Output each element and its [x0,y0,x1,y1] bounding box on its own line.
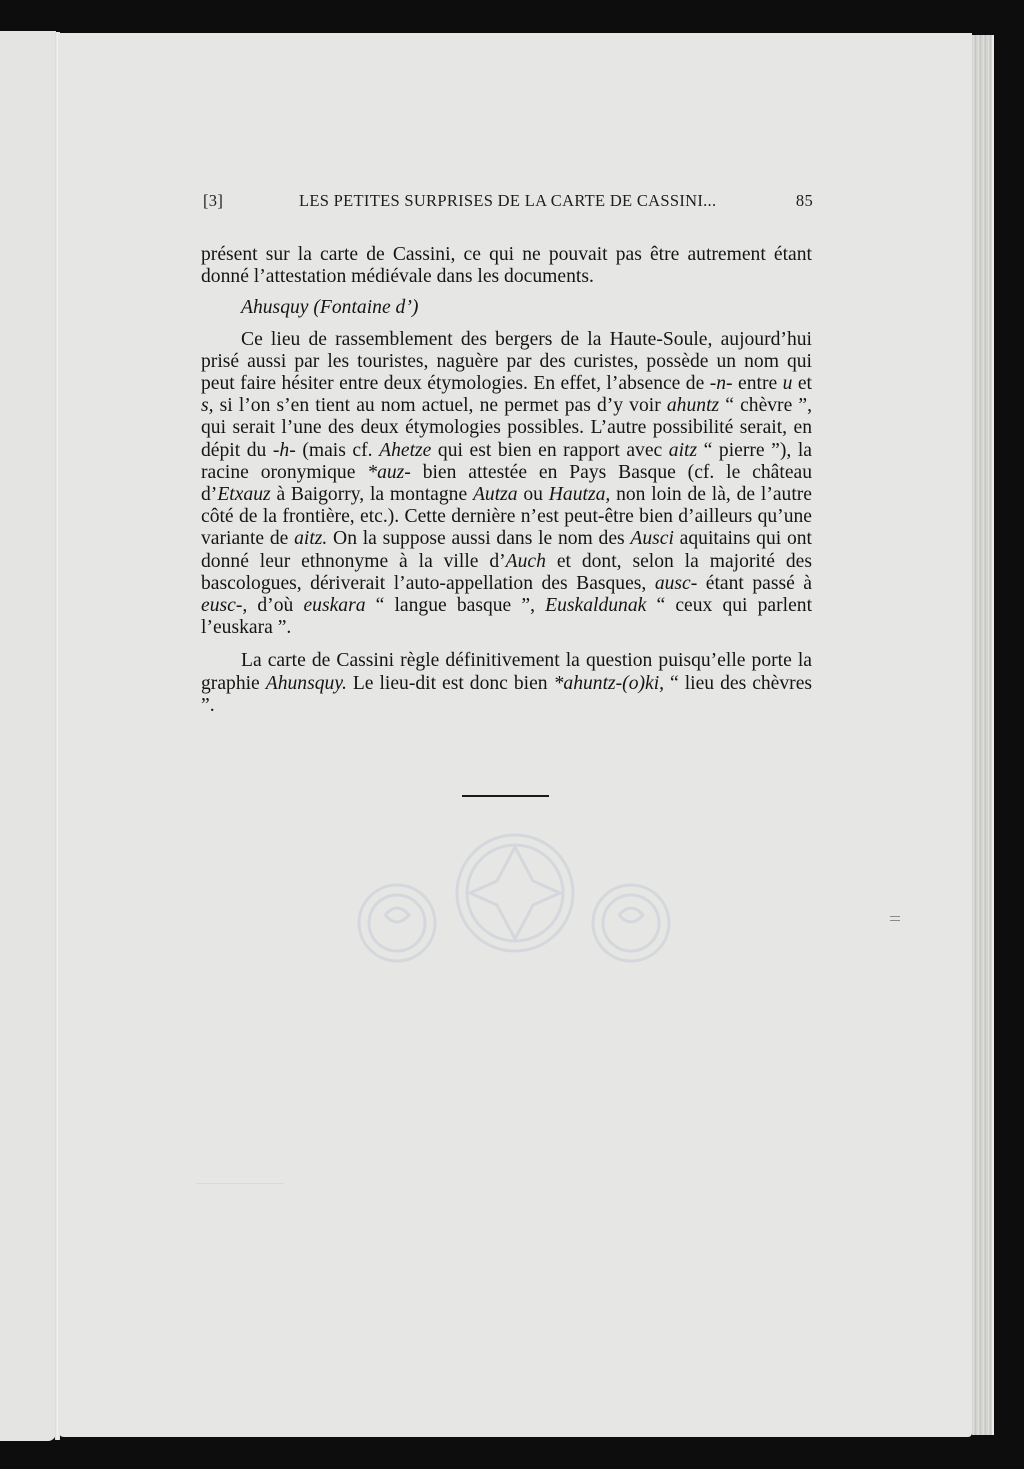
paragraph-ahusquy: Ce lieu de rassemblement des bergers de … [201,329,812,640]
italic-term: Hautza, [549,484,611,505]
italic-term: -n- [710,373,733,394]
scan-mark [890,916,900,921]
show-through-footnote-rule [196,1183,284,1184]
paragraph-conclusion: La carte de Cassini règle définitivement… [201,650,812,717]
italic-term: ahuntz [667,395,719,416]
running-head: [3] LES PETITES SURPRISES DE LA CARTE DE… [203,191,813,213]
italic-term: Ahetze [379,440,431,461]
italic-term: ausc- [655,573,697,594]
page-number: 85 [796,191,813,211]
page-stack-edges [972,35,994,1435]
italic-term: aitz. [294,528,327,549]
italic-term: aitz [669,440,697,461]
section-number: [3] [203,191,223,211]
italic-term: eusc-, [201,595,247,616]
show-through-ornament-icon [355,825,675,965]
italic-term: Ahunsquy. [266,673,347,694]
italic-term: s, [201,395,214,416]
section-end-rule [462,795,549,797]
italic-term: Euskaldunak [545,595,646,616]
italic-term: Auch [506,551,546,572]
body-text: présent sur la carte de Cassini, ce qui … [201,244,812,717]
italic-term: Ausci [630,528,674,549]
italic-term: Autza [473,484,518,505]
running-title: LES PETITES SURPRISES DE LA CARTE DE CAS… [299,191,716,211]
facing-page-edge [0,31,56,1441]
entry-heading: Ahusquy (Fontaine d’) [201,297,812,319]
italic-term: -h- [273,440,296,461]
italic-term: *ahuntz-(o)ki, [554,673,664,694]
italic-term: u [783,373,793,394]
paragraph-continuation: présent sur la carte de Cassini, ce qui … [201,244,812,288]
italic-term: euskara [303,595,365,616]
italic-term: *auz- [367,462,411,483]
italic-term: Etxauz [217,484,270,505]
